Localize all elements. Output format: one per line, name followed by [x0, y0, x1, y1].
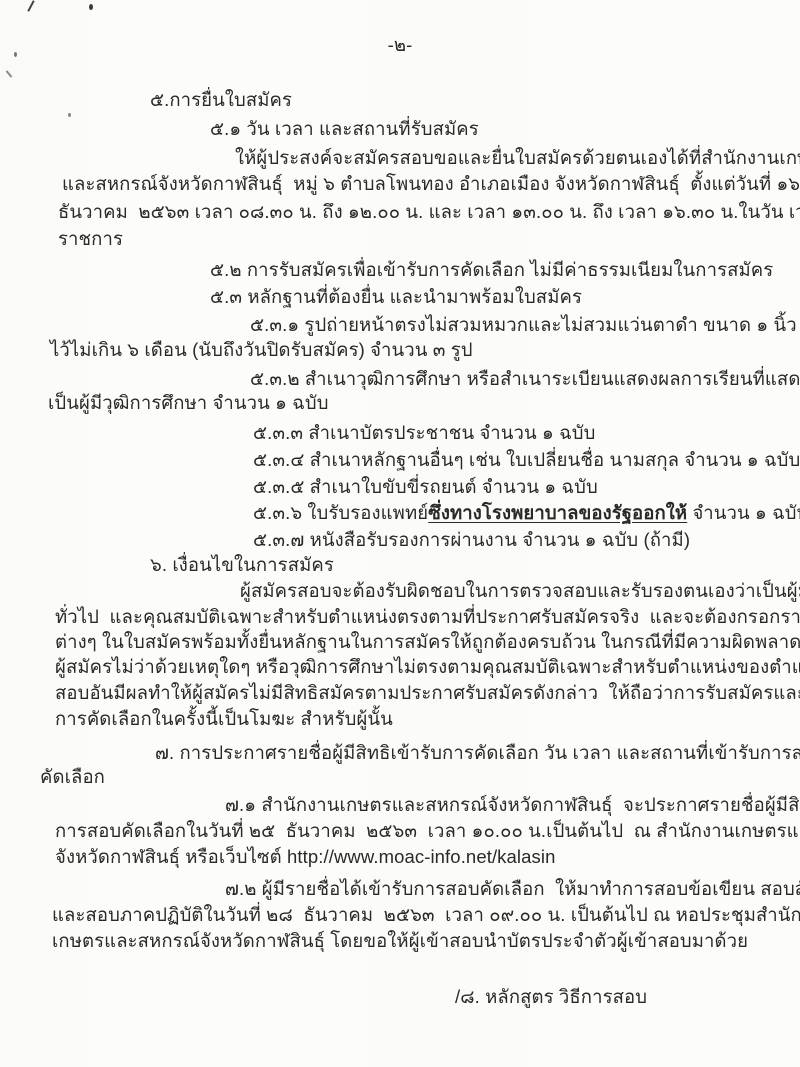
ink-speck — [89, 4, 93, 10]
clause-5-3-6: ๕.๓.๖ ใบรับรองแพทย์ซึ่งทางโรงพยาบาลของรั… — [253, 500, 800, 526]
clause-5-3-6-suffix: จำนวน ๑ ฉบับ — [687, 502, 800, 523]
page-number: -๒- — [0, 32, 800, 58]
section-6-heading: ๖. เงื่อนไขในการสมัคร — [150, 552, 334, 578]
clause-7-1-line: การสอบคัดเลือกในวันที่ ๒๕ ธันวาคม ๒๕๖๓ เ… — [55, 818, 800, 844]
ink-speck — [6, 70, 13, 77]
clause-5-1-line: ให้ผู้ประสงค์จะสมัครสอบขอและยื่นใบสมัครด… — [235, 145, 800, 171]
clause-7-1-line: ๗.๑ สำนักงานเกษตรและสหกรณ์จังหวัดกาฬสินธ… — [225, 792, 800, 818]
clause-5-1-line: ธันวาคม ๒๕๖๓ เวลา ๐๘.๓๐ น. ถึง ๑๒.๐๐ น. … — [58, 199, 800, 225]
clause-5-3-heading: ๕.๓ หลักฐานที่ต้องยื่น และนำมาพร้อมใบสมั… — [210, 284, 582, 310]
clause-5-3-1-line: ไว้ไม่เกิน ๖ เดือน (นับถึงวันปิดรับสมัคร… — [50, 337, 473, 363]
clause-5-3-3: ๕.๓.๓ สำเนาบัตรประชาชน จำนวน ๑ ฉบับ — [253, 420, 595, 446]
clause-5-1-heading: ๕.๑ วัน เวลา และสถานที่รับสมัคร — [210, 116, 479, 142]
section-6-line: ผู้สมัครไม่ว่าด้วยเหตุใดๆ หรือวุฒิการศึก… — [55, 654, 800, 680]
section-6-line: การคัดเลือกในครั้งนี้เป็นโมฆะ สำหรับผู้น… — [55, 706, 393, 732]
section-7-heading-line: คัดเลือก — [40, 764, 105, 790]
clause-5-1-line: และสหกรณ์จังหวัดกาฬสินธุ์ หมู่ ๖ ตำบลโพน… — [62, 171, 800, 197]
clause-7-2-line: และสอบภาคปฏิบัติในวันที่ ๒๘ ธันวาคม ๒๕๖๓… — [52, 902, 800, 928]
section-6-line: ทั่วไป และคุณสมบัติเฉพาะสำหรับตำแหน่งตรง… — [55, 604, 800, 630]
clause-5-3-7: ๕.๓.๗ หนังสือรับรองการผ่านงาน จำนวน ๑ ฉบ… — [253, 527, 690, 553]
section-7-heading-line: ๗. การประกาศรายชื่อผู้มีสิทธิเข้ารับการค… — [155, 740, 800, 766]
clause-5-1-line: ราชการ — [58, 226, 123, 252]
clause-5-2: ๕.๒ การรับสมัครเพื่อเข้ารับการคัดเลือก ไ… — [210, 257, 773, 283]
document-page: -๒- ๕.การยื่นใบสมัคร ๕.๑ วัน เวลา และสถา… — [0, 0, 800, 1067]
clause-7-1-line: จังหวัดกาฬสินธุ์ หรือเว็บไซต์ http://www… — [55, 844, 555, 870]
clause-5-3-6-underlined-phrase: ซึ่งทางโรงพยาบาลของรัฐออกให้ — [428, 502, 687, 523]
clause-5-3-1-line: ๕.๓.๑ รูปถ่ายหน้าตรงไม่สวมหมวกและไม่สวมแ… — [250, 312, 800, 338]
section-6-line: ผู้สมัครสอบจะต้องรับผิดชอบในการตรวจสอบแล… — [240, 578, 800, 604]
clause-5-3-2-line: ๕.๓.๒ สำเนาวุฒิการศึกษา หรือสำเนาระเบียน… — [250, 366, 800, 392]
clause-7-2-line: ๗.๒ ผู้มีรายชื่อได้เข้ารับการสอบคัดเลือก… — [225, 876, 800, 902]
clause-5-3-4: ๕.๓.๔ สำเนาหลักฐานอื่นๆ เช่น ใบเปลี่ยนชื… — [253, 447, 800, 473]
clause-7-2-line: เกษตรและสหกรณ์จังหวัดกาฬสินธุ์ โดยขอให้ผ… — [52, 928, 748, 954]
section-5-heading: ๕.การยื่นใบสมัคร — [150, 87, 292, 113]
clause-5-3-2-line: เป็นผู้มีวุฒิการศึกษา จำนวน ๑ ฉบับ — [48, 390, 329, 416]
ink-speck — [27, 0, 34, 12]
continuation-note: /๘. หลักสูตร วิธีการสอบ — [455, 984, 647, 1010]
clause-5-3-6-prefix: ๕.๓.๖ ใบรับรองแพทย์ — [253, 502, 428, 523]
clause-5-3-5: ๕.๓.๕ สำเนาใบขับขี่รถยนต์ จำนวน ๑ ฉบับ — [253, 474, 598, 500]
section-6-line: สอบอันมีผลทำให้ผู้สมัครไม่มีสิทธิสมัครตา… — [55, 680, 800, 706]
ink-speck — [68, 113, 71, 117]
section-6-line: ต่างๆ ในใบสมัครพร้อมทั้งยื่นหลักฐานในการ… — [55, 629, 800, 655]
